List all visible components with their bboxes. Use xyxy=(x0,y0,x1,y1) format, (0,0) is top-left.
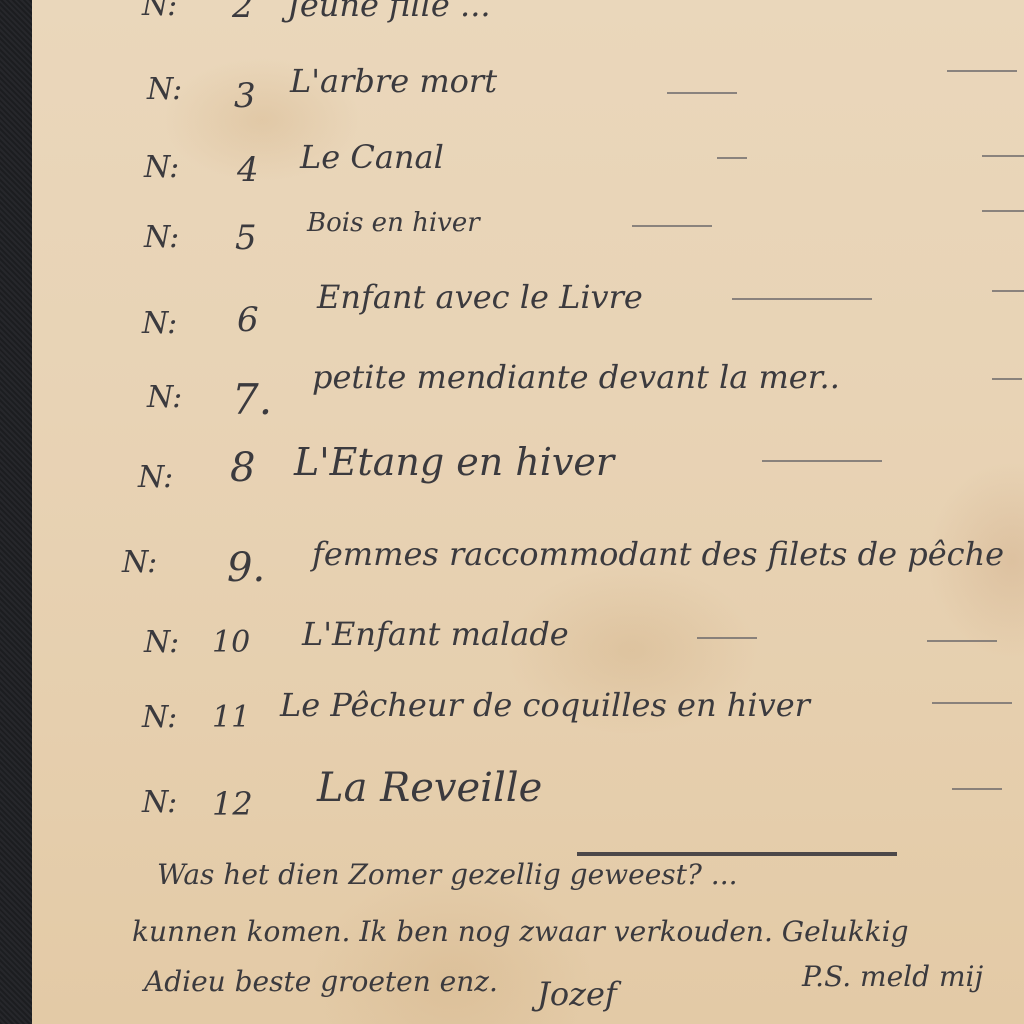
leader-dash xyxy=(992,378,1022,380)
leader-dash xyxy=(732,298,872,300)
leader-dash xyxy=(762,460,882,462)
leader-dash xyxy=(992,290,1024,292)
leader-dash xyxy=(717,157,747,159)
entry-number: 7. xyxy=(232,375,272,424)
book-binding xyxy=(0,0,32,1024)
leader-dash xyxy=(697,637,757,639)
entry-title: Bois en hiver xyxy=(307,208,480,238)
letter-line: kunnen komen. Ik ben nog zwaar verkouden… xyxy=(132,915,909,948)
entry-prefix: N: xyxy=(142,0,177,23)
entry-number: 12 xyxy=(212,785,253,823)
leader-dash xyxy=(927,640,997,642)
letter-line: Was het dien Zomer gezellig geweest? ... xyxy=(157,858,738,891)
entry-title: L'Etang en hiver xyxy=(294,440,614,484)
entry-prefix: N: xyxy=(147,72,182,107)
entry-number: 11 xyxy=(212,700,250,735)
letter-line: Adieu beste groeten enz. xyxy=(144,965,498,998)
underline-stroke xyxy=(577,852,897,856)
entry-number: 9. xyxy=(227,545,265,591)
entry-number: 3 xyxy=(234,76,256,116)
entry-prefix: N: xyxy=(138,460,173,495)
entry-title: Le Canal xyxy=(300,138,444,176)
entry-title: L'Enfant malade xyxy=(302,615,569,653)
entry-number: 10 xyxy=(212,625,250,660)
entry-prefix: N: xyxy=(142,700,177,735)
signature: Jozef xyxy=(537,975,617,1013)
entry-prefix: N: xyxy=(122,545,157,580)
postscript: P.S. meld mij xyxy=(802,960,983,993)
entry-title: L'arbre mort xyxy=(290,62,497,100)
leader-dash xyxy=(947,70,1017,72)
leader-dash xyxy=(952,788,1002,790)
entry-number: 4 xyxy=(237,150,259,190)
leader-dash xyxy=(982,210,1024,212)
leader-dash xyxy=(982,155,1024,157)
entry-title: La Reveille xyxy=(317,765,542,811)
leader-dash xyxy=(932,702,1012,704)
entry-prefix: N: xyxy=(142,306,177,341)
entry-prefix: N: xyxy=(144,220,179,255)
leader-dash xyxy=(632,225,712,227)
entry-prefix: N: xyxy=(147,380,182,415)
entry-number: 8 xyxy=(230,445,255,491)
entry-number: 6 xyxy=(237,300,259,340)
entry-number: 2 xyxy=(232,0,254,26)
entry-title: Enfant avec le Livre xyxy=(317,278,643,316)
entry-title: petite mendiante devant la mer.. xyxy=(312,358,840,396)
entry-title: femmes raccommodant des filets de pêche xyxy=(312,535,1004,573)
entry-prefix: N: xyxy=(144,625,179,660)
entry-prefix: N: xyxy=(144,150,179,185)
entry-title: Jeune fille ... xyxy=(287,0,491,24)
entry-title: Le Pêcheur de coquilles en hiver xyxy=(280,686,810,724)
handwritten-page: N: 2 Jeune fille ... N: 3 L'arbre mort N… xyxy=(32,0,1024,1024)
entry-number: 5 xyxy=(235,218,257,258)
leader-dash xyxy=(667,92,737,94)
entry-prefix: N: xyxy=(142,785,177,820)
